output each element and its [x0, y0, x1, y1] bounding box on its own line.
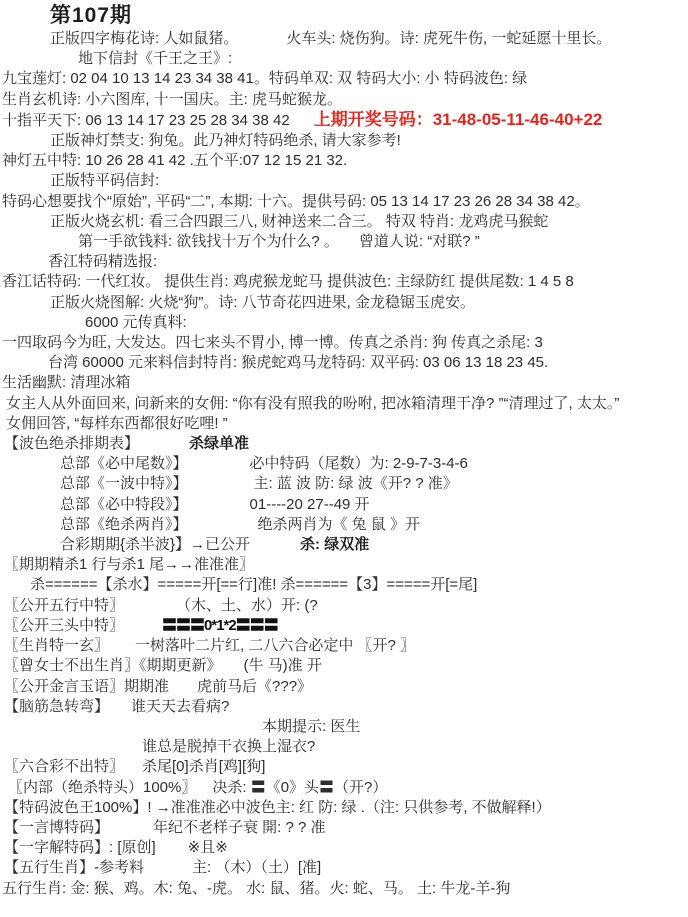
- doc-line: 〖六合彩不出特〗杀尾[0]杀肖[鸡][狗]: [4, 757, 688, 777]
- text-segment: 总部《绝杀两肖》】: [60, 515, 188, 535]
- text-segment: 正版特平码信封:: [50, 171, 159, 191]
- text-segment: 6000 元传真料:: [85, 313, 187, 333]
- doc-line: 生活幽默: 清理冰箱: [2, 373, 688, 393]
- doc-line: 6000 元传真料:: [85, 313, 688, 333]
- text-segment: 〖公开三头中特〗: [4, 616, 124, 636]
- text-segment: 香江话特码: 一代红妆。 提供生肖: 鸡虎猴龙蛇马 提供波色: 主绿防红 提供尾…: [2, 272, 574, 292]
- text-segment: 〖期期精杀1 行与杀1 尾→→准准准〗: [4, 555, 254, 575]
- text-segment: 总部《必中尾数》】: [60, 454, 188, 474]
- doc-line: 正版火烧玄机: 看三合四跟三八, 财神送来二合三。 特双 特肖: 龙鸡虎马猴蛇: [50, 212, 688, 232]
- doc-line: 神灯五中特: 10 26 28 41 42 .五个平:07 12 15 21 3…: [2, 151, 688, 171]
- text-segment: 正版神灯禁支: 狗兔。此乃神灯特码绝杀, 请大家参考!: [50, 131, 401, 151]
- text-segment: 【波色绝杀排期表】: [4, 434, 139, 454]
- text-segment: 【一言博特码】: [4, 818, 109, 838]
- doc-line: 九宝莲灯: 02 04 10 13 14 23 34 38 41。特码单双: 双…: [2, 69, 688, 89]
- text-segment: 杀绿单准: [189, 434, 249, 454]
- text-segment: 杀尾[0]杀肖[鸡][狗]: [142, 757, 265, 777]
- doc-line: 总部《必中特段》】01----20 27--49 开: [60, 495, 688, 515]
- doc-line: 香江特码精选报:: [48, 252, 688, 272]
- text-segment: 香江特码精选报:: [48, 252, 157, 272]
- text-segment: 〖六合彩不出特〗: [4, 757, 124, 777]
- text-segment: 第一手欲钱料: 欲钱找十万个为什么? 。: [78, 232, 339, 252]
- text-segment: 绝杀两肖为《 兔 鼠 》开: [258, 515, 421, 535]
- doc-line: 香江话特码: 一代红妆。 提供生肖: 鸡虎猴龙蛇马 提供波色: 主绿防红 提供尾…: [2, 272, 688, 292]
- period-title: 第107期: [50, 3, 688, 29]
- doc-line: 〖曾女士不出生肖〗《期期更新》(牛 马)准 开: [4, 656, 688, 676]
- text-segment: 九宝莲灯: 02 04 10 13 14 23 34 38 41。特码单双: 双…: [2, 69, 527, 89]
- text-segment: 决杀: 〓《0》头〓（开?）: [212, 778, 387, 798]
- doc-line: 第一手欲钱料: 欲钱找十万个为什么? 。曾道人说: “对联? ”: [78, 232, 688, 252]
- text-segment: 谁总是脱掉干衣换上湿衣?: [142, 737, 315, 757]
- doc-line: 正版特平码信封:: [50, 171, 688, 191]
- prev-draw-numbers: 上期开奖号码：31-48-05-11-46-40+22: [314, 110, 603, 130]
- doc-line: 一四取码今为旺, 大发达。四七来头不胃小, 博一博。传真之杀肖: 狗 传真之杀尾…: [2, 333, 688, 353]
- text-segment: ※且※: [188, 838, 228, 858]
- doc-line: 正版神灯禁支: 狗兔。此乃神灯特码绝杀, 请大家参考!: [50, 131, 688, 151]
- doc-line: 〖公开金言玉语〗期期准虎前马后《???》: [4, 677, 688, 697]
- text-segment: 杀: 绿双准: [300, 535, 369, 555]
- text-segment: 谁天天去看病?: [131, 697, 229, 717]
- text-segment: 女主人从外面回来, 问新来的女佣: “你有没有照我的吩咐, 把冰箱清理干净? ”…: [6, 394, 619, 414]
- doc-line: 十指平天下: 06 13 14 17 23 25 28 34 38 42上期开奖…: [2, 110, 688, 131]
- text-segment: 生肖玄机诗: 小六图库, 十一国庆。主: 虎马蛇猴龙。: [2, 90, 342, 110]
- text-segment: 特码心想要找个“原始”, 平码“二”, 本期: 十六。提供号码: 05 13 1…: [2, 192, 590, 212]
- text-segment: 正版火烧玄机: 看三合四跟三八, 财神送来二合三。 特双 特肖: 龙鸡虎马猴蛇: [50, 212, 548, 232]
- text-segment: 主: 蓝 波 防: 绿 波《开? ? 准》: [254, 474, 458, 494]
- text-segment: 地下信封《千王之王》:: [78, 49, 232, 69]
- doc-line: 〖内部（绝杀特头）100%〗决杀: 〓《0》头〓（开?）: [8, 778, 688, 798]
- doc-line: 女主人从外面回来, 问新来的女佣: “你有没有照我的吩咐, 把冰箱清理干净? ”…: [6, 394, 688, 414]
- text-segment: 十指平天下: 06 13 14 17 23 25 28 34 38 42: [2, 111, 290, 131]
- doc-line: 〖公开五行中特〗（木、土、水）开: (?: [4, 596, 688, 616]
- doc-line: 杀======【杀水】=====开[==行]准! 杀======【3】=====…: [30, 575, 688, 595]
- doc-line: 合彩期期{杀半波}】→已公开杀: 绿双准: [60, 535, 688, 555]
- doc-line: 【波色绝杀排期表】杀绿单准: [4, 434, 688, 454]
- doc-line: 谁总是脱掉干衣换上湿衣?: [142, 737, 688, 757]
- doc-line: 正版四字梅花诗: 人如鼠猪。火车头: 烧伤狗。诗: 虎死牛伤, 一蛇延愿十里长。: [50, 29, 688, 49]
- text-segment: 〓〓〓0*1*2〓〓〓: [162, 616, 278, 636]
- text-segment: 女佣回答, “每样东西都很好吃哩! ”: [6, 414, 228, 434]
- doc-line: 特码心想要找个“原始”, 平码“二”, 本期: 十六。提供号码: 05 13 1…: [2, 192, 688, 212]
- text-segment: 一四取码今为旺, 大发达。四七来头不胃小, 博一博。传真之杀肖: 狗 传真之杀尾…: [2, 333, 543, 353]
- doc-line: 台湾 60000 元来料信封特肖: 猴虎蛇鸡马龙特码: 双平码: 03 06 1…: [48, 353, 688, 373]
- text-segment: 必中特码（尾数）为: 2-9-7-3-4-6: [250, 454, 468, 474]
- text-segment: （木、土、水）开: (?: [176, 596, 318, 616]
- text-segment: 〖生肖特一玄〗: [4, 636, 109, 656]
- text-segment: 台湾 60000 元来料信封特肖: 猴虎蛇鸡马龙特码: 双平码: 03 06 1…: [48, 353, 548, 373]
- text-segment: 【五行生肖】-参考料: [4, 858, 144, 878]
- text-segment: 总部《必中特段》】: [60, 495, 188, 515]
- text-segment: 〖公开金言玉语〗期期准: [4, 677, 169, 697]
- doc-line: 总部《必中尾数》】必中特码（尾数）为: 2-9-7-3-4-6: [60, 454, 688, 474]
- text-segment: 曾道人说: “对联? ”: [359, 232, 480, 252]
- doc-line: 【五行生肖】-参考料主: （木）（土）[准]: [4, 858, 688, 878]
- text-segment: 01----20 27--49 开: [250, 495, 370, 515]
- text-segment: 正版四字梅花诗: 人如鼠猪。: [50, 29, 238, 49]
- doc-line: 总部《绝杀两肖》】绝杀两肖为《 兔 鼠 》开: [60, 515, 688, 535]
- text-segment: 【脑筋急转弯】: [4, 697, 109, 717]
- text-segment: 正版火烧图解: 火烧“狗”。诗: 八节奇花四进果, 金龙稳锯玉虎安。: [50, 293, 475, 313]
- text-segment: 年纪不老样子衰 開: ? ? 准: [153, 818, 326, 838]
- text-segment: 【一字解特码】: [原创]: [4, 838, 156, 858]
- text-segment: 五行生肖: 金: 猴、鸡。木: 兔、-虎。 水: 鼠、猪。火: 蛇、马。 土: …: [2, 879, 510, 899]
- doc-line: 生肖玄机诗: 小六图库, 十一国庆。主: 虎马蛇猴龙。: [2, 90, 688, 110]
- text-segment: 火车头: 烧伤狗。诗: 虎死牛伤, 一蛇延愿十里长。: [286, 29, 611, 49]
- doc-line: 【一言博特码】年纪不老样子衰 開: ? ? 准: [4, 818, 688, 838]
- doc-line: 【一字解特码】: [原创]※且※: [4, 838, 688, 858]
- text-segment: 神灯五中特: 10 26 28 41 42 .五个平:07 12 15 21 3…: [2, 151, 347, 171]
- doc-line: 地下信封《千王之王》:: [78, 49, 688, 69]
- text-segment: 一树落叶二片红, 二八六合必定中 〖开? 〗: [135, 636, 415, 656]
- text-segment: 【特码波色王100%】! →准准准必中波色主: 红 防: 绿 .（注: 只供参考…: [4, 798, 551, 818]
- doc-line: 〖期期精杀1 行与杀1 尾→→准准准〗: [4, 555, 688, 575]
- text-segment: 主: （木）（土）[准]: [192, 858, 321, 878]
- doc-line: 〖生肖特一玄〗一树落叶二片红, 二八六合必定中 〖开? 〗: [4, 636, 688, 656]
- doc-line: 女佣回答, “每样东西都很好吃哩! ”: [6, 414, 688, 434]
- text-segment: (牛 马)准 开: [244, 656, 322, 676]
- doc-line: 正版火烧图解: 火烧“狗”。诗: 八节奇花四进果, 金龙稳锯玉虎安。: [50, 293, 688, 313]
- doc-line: 总部《一波中特》】主: 蓝 波 防: 绿 波《开? ? 准》: [60, 474, 688, 494]
- text-segment: 本期提示: 医生: [262, 717, 360, 737]
- text-segment: 总部《一波中特》】: [60, 474, 188, 494]
- lottery-tip-sheet: 第107期 正版四字梅花诗: 人如鼠猪。火车头: 烧伤狗。诗: 虎死牛伤, 一蛇…: [0, 0, 688, 899]
- text-segment: 生活幽默: 清理冰箱: [2, 373, 130, 393]
- doc-line: 本期提示: 医生: [262, 717, 688, 737]
- text-segment: 虎前马后《???》: [197, 677, 312, 697]
- text-segment: 合彩期期{杀半波}】→已公开: [60, 535, 250, 555]
- doc-line: 五行生肖: 金: 猴、鸡。木: 兔、-虎。 水: 鼠、猪。火: 蛇、马。 土: …: [2, 879, 688, 899]
- doc-line: 【特码波色王100%】! →准准准必中波色主: 红 防: 绿 .（注: 只供参考…: [4, 798, 688, 818]
- text-segment: 杀======【杀水】=====开[==行]准! 杀======【3】=====…: [30, 575, 477, 595]
- doc-line: 〖公开三头中特〗〓〓〓0*1*2〓〓〓: [4, 616, 688, 636]
- text-segment: 〖公开五行中特〗: [4, 596, 124, 616]
- text-segment: 〖内部（绝杀特头）100%〗: [8, 778, 196, 798]
- doc-line: 【脑筋急转弯】谁天天去看病?: [4, 697, 688, 717]
- doc-lines: 正版四字梅花诗: 人如鼠猪。火车头: 烧伤狗。诗: 虎死牛伤, 一蛇延愿十里长。…: [0, 29, 688, 899]
- text-segment: 〖曾女士不出生肖〗《期期更新》: [4, 656, 222, 676]
